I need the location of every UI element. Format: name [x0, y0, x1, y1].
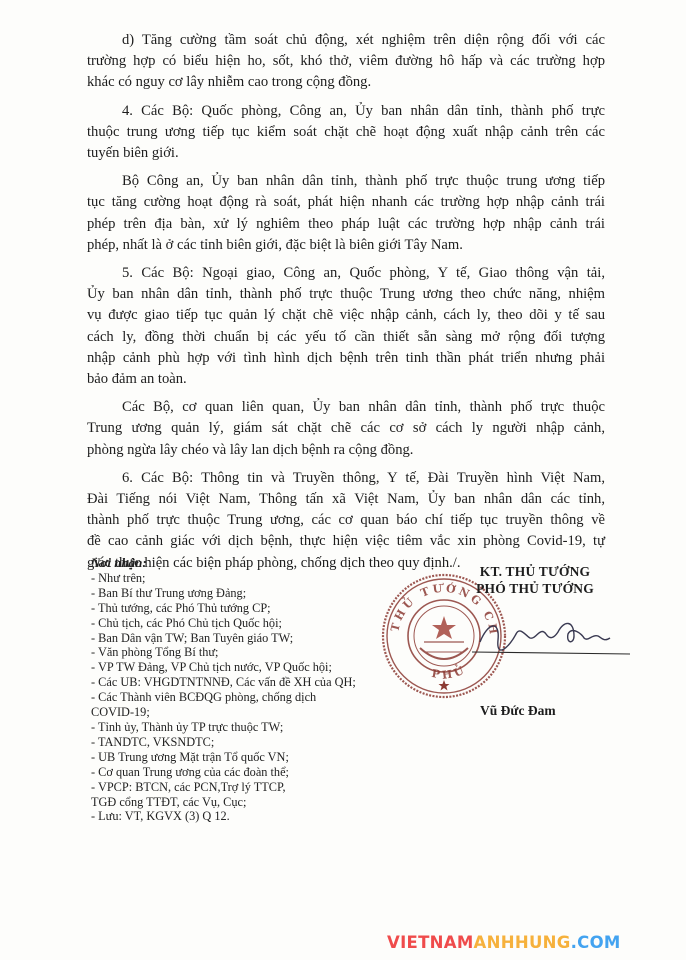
signer-name: Vũ Đức Đam: [480, 703, 556, 719]
recipient-item: - Cơ quan Trung ương của các đoàn thể;: [91, 765, 371, 780]
recipient-item: - VP TW Đảng, VP Chủ tịch nước, VP Quốc …: [91, 660, 371, 675]
signature-title-line2: PHÓ THỦ TƯỚNG: [440, 580, 630, 597]
paragraph-line: khác có nguy cơ lây nhiễm cao trong cộng…: [87, 72, 605, 93]
recipient-item: - Chủ tịch, các Phó Chủ tịch Quốc hội;: [91, 616, 371, 631]
paragraph-line: phòng ngừa lây chéo và lây lan dịch bệnh…: [87, 440, 605, 461]
paragraph-line: vụ được giao tiếp tục quản lý chặt chẽ v…: [87, 305, 605, 326]
recipients-title: Nơi nhận:: [91, 556, 371, 571]
paragraph-line: Ủy ban nhân dân tỉnh, thành phố trực thu…: [87, 284, 605, 305]
recipient-item: - Các UB: VHGDTNTNNĐ, Các vấn đề XH của …: [91, 675, 371, 690]
paragraph: 4. Các Bộ: Quốc phòng, Công an, Ủy ban n…: [87, 101, 605, 165]
svg-text:PHỦ: PHỦ: [431, 661, 469, 682]
paragraph-line: trường hợp có biểu hiện ho, sốt, khó thở…: [87, 51, 605, 72]
recipient-item: - Lưu: VT, KGVX (3) Q 12.: [91, 809, 371, 824]
paragraph-line: tuyến biên giới.: [87, 143, 605, 164]
paragraph-line: d) Tăng cường tầm soát chủ động, xét ngh…: [87, 30, 605, 51]
recipient-item: - UB Trung ương Mặt trận Tổ quốc VN;: [91, 750, 371, 765]
paragraph-line: Đài Tiếng nói Việt Nam, Thông tấn xã Việ…: [87, 489, 605, 510]
paragraph-line: Bộ Công an, Ủy ban nhân dân tỉnh, thành …: [87, 171, 605, 192]
watermark-part-2: ANHHUNG: [474, 933, 571, 952]
paragraph-line: 4. Các Bộ: Quốc phòng, Công an, Ủy ban n…: [87, 101, 605, 122]
paragraph: 5. Các Bộ: Ngoại giao, Công an, Quốc phò…: [87, 263, 605, 390]
paragraph-line: Các Bộ, cơ quan liên quan, Ủy ban nhân d…: [87, 397, 605, 418]
paragraph: Bộ Công an, Ủy ban nhân dân tỉnh, thành …: [87, 171, 605, 256]
recipient-item: - VPCP: BTCN, các PCN,Trợ lý TTCP,: [91, 780, 371, 795]
paragraph-line: đề cao cảnh giác với dịch bệnh, thực hiệ…: [87, 531, 605, 552]
paragraph-line: cách ly, đồng thời chuẩn bị các yếu tố c…: [87, 327, 605, 348]
watermark-part-1: VIETNAM: [387, 933, 474, 952]
recipient-item: TGĐ cổng TTĐT, các Vụ, Cục;: [91, 795, 371, 810]
watermark-part-3: .COM: [571, 933, 621, 952]
recipient-item: - Như trên;: [91, 571, 371, 586]
document-body: d) Tăng cường tầm soát chủ động, xét ngh…: [87, 30, 605, 581]
paragraph: d) Tăng cường tầm soát chủ động, xét ngh…: [87, 30, 605, 94]
paragraph-line: nhập cảnh phù hợp với tình hình dịch bện…: [87, 348, 605, 369]
document-page: d) Tăng cường tầm soát chủ động, xét ngh…: [0, 0, 686, 960]
watermark-logo: VIETNAMANHHUNG.COM: [387, 933, 621, 952]
paragraph-line: 6. Các Bộ: Thông tin và Truyền thông, Y …: [87, 468, 605, 489]
paragraph-line: phép, nhất là ở các tỉnh biên giới, đặc …: [87, 235, 605, 256]
recipients-list: Nơi nhận: - Như trên;- Ban Bí thư Trung …: [91, 556, 371, 824]
paragraph-line: bảo đảm an toàn.: [87, 369, 605, 390]
recipient-item: - Ban Bí thư Trung ương Đảng;: [91, 586, 371, 601]
recipient-item: - Thủ tướng, các Phó Thủ tướng CP;: [91, 601, 371, 616]
paragraph-line: thuộc trung ương tiếp tục kiểm soát chặt…: [87, 122, 605, 143]
signature-title-line1: KT. THỦ TƯỚNG: [440, 563, 630, 580]
recipient-item: - Ban Dân vận TW; Ban Tuyên giáo TW;: [91, 631, 371, 646]
recipient-item: - TANDTC, VKSNDTC;: [91, 735, 371, 750]
recipient-item: - Tỉnh ủy, Thành ủy TP trực thuộc TW;: [91, 720, 371, 735]
paragraph-line: Trung ương quản lý, giám sát chặt chẽ cá…: [87, 418, 605, 439]
paragraph-line: phép trên địa bàn, xử lý nghiêm theo phá…: [87, 214, 605, 235]
signature-block: KT. THỦ TƯỚNG PHÓ THỦ TƯỚNG: [440, 563, 630, 597]
paragraph-line: 5. Các Bộ: Ngoại giao, Công an, Quốc phò…: [87, 263, 605, 284]
recipient-item: - Các Thành viên BCĐQG phòng, chống dịch: [91, 690, 371, 705]
paragraph: Các Bộ, cơ quan liên quan, Ủy ban nhân d…: [87, 397, 605, 461]
recipient-item: - Văn phòng Tổng Bí thư;: [91, 645, 371, 660]
paragraph-line: tục tăng cường hoạt động rà soát, phát h…: [87, 192, 605, 213]
paragraph-line: thành phố trực thuộc Trung ương, các cơ …: [87, 510, 605, 531]
recipient-items: - Như trên;- Ban Bí thư Trung ương Đảng;…: [91, 571, 371, 824]
recipient-item: COVID-19;: [91, 705, 371, 720]
handwritten-signature-icon: [470, 612, 630, 657]
